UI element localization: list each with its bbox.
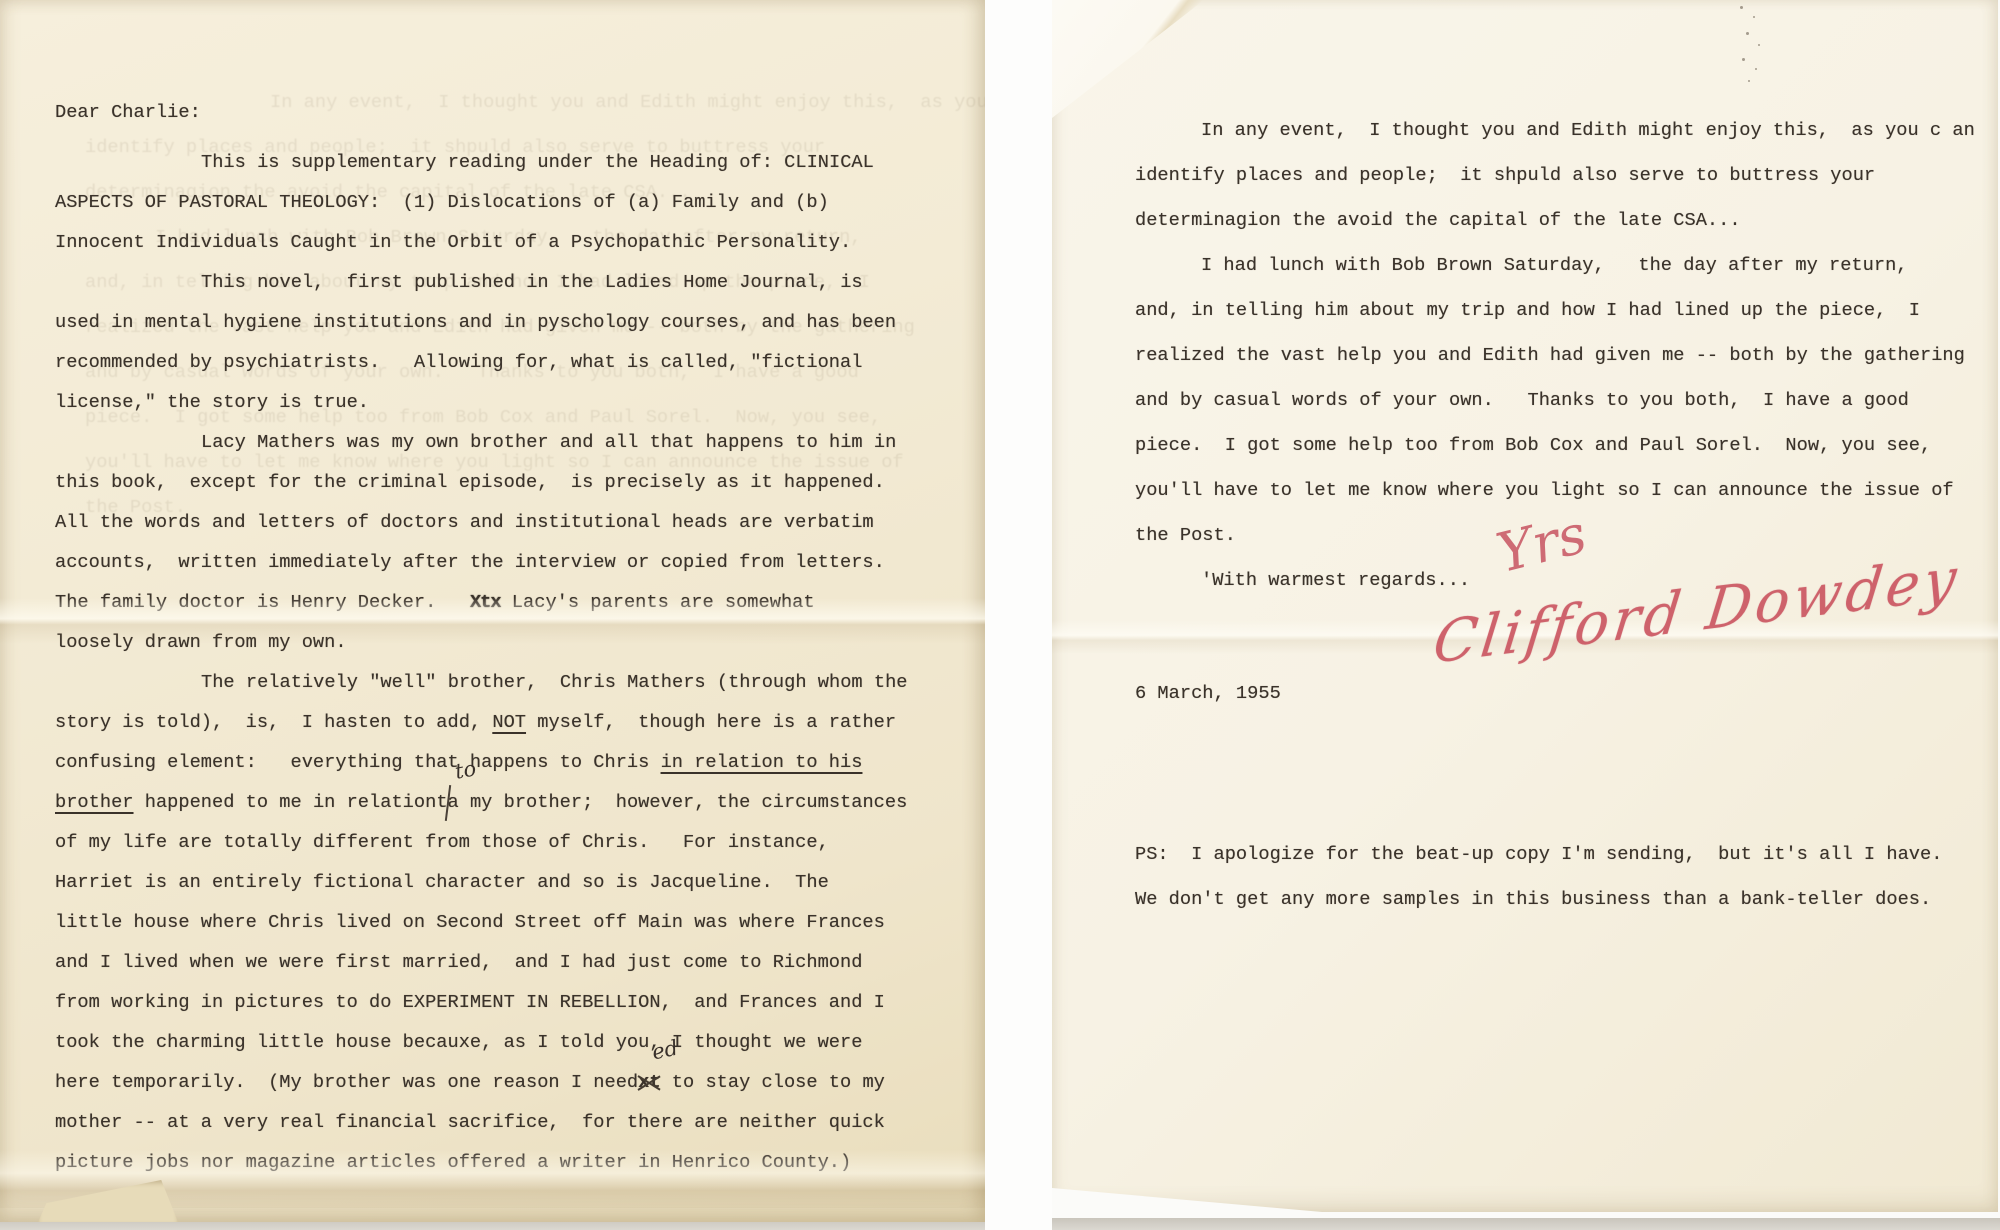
ps-line: We don't get any more samples in this bu… <box>1135 877 1942 922</box>
typed-line: The relatively "well" brother, Chris Mat… <box>55 662 908 702</box>
typed-line: little house where Chris lived on Second… <box>55 902 908 942</box>
typed-line: Lacy Mathers was my own brother and all … <box>55 422 908 462</box>
typed-line: recommended by psychiatrists. Allowing f… <box>55 342 908 382</box>
page-bottom-edge <box>1052 1188 1322 1212</box>
letter-scan: In any event, I thought you and Edith mi… <box>0 0 2000 1230</box>
date-line: 6 March, 1955 <box>1135 671 1281 716</box>
typed-line: from working in pictures to do EXPERIMEN… <box>55 982 908 1022</box>
typed-line: In any event, I thought you and Edith mi… <box>1135 108 1975 153</box>
handwritten-correction-to: to <box>453 756 478 783</box>
typed-line: identify places and people; it shpuld al… <box>1135 153 1975 198</box>
typed-line: mother -- at a very real financial sacri… <box>55 1102 908 1142</box>
typed-line: this book, except for the criminal episo… <box>55 462 908 502</box>
ink-dot <box>1748 80 1750 82</box>
ink-dot <box>1753 16 1755 18</box>
typed-line: picture jobs nor magazine articles offer… <box>55 1142 908 1182</box>
typed-line: realized the vast help you and Edith had… <box>1135 333 1975 378</box>
typed-line: used in mental hygiene institutions and … <box>55 302 908 342</box>
bleedthrough-line: In any event, I thought you and Edith mi… <box>270 80 985 125</box>
typed-line: The family doctor is Henry Decker. Xtx L… <box>55 582 908 622</box>
typed-line: license," the story is true. <box>55 382 908 422</box>
typed-line: determinagion the avoid the capital of t… <box>1135 198 1975 243</box>
salutation: Dear Charlie: <box>55 92 201 132</box>
typed-line: This novel, first published in the Ladie… <box>55 262 908 302</box>
typed-line: and by casual words of your own. Thanks … <box>1135 378 1975 423</box>
postscript: PS: I apologize for the beat-up copy I'm… <box>1135 832 1942 922</box>
typed-line: loosely drawn from my own. <box>55 622 908 662</box>
typed-line: and I lived when we were first married, … <box>55 942 908 982</box>
typed-line: accounts, written immediately after the … <box>55 542 908 582</box>
ink-dot <box>1740 6 1743 9</box>
typed-line: you'll have to let me know where you lig… <box>1135 468 1975 513</box>
corner-fold <box>38 1180 178 1222</box>
ink-dot <box>1746 32 1749 35</box>
typed-line: of my life are totally different from th… <box>55 822 908 862</box>
typed-line: Innocent Individuals Caught in the Orbit… <box>55 222 908 262</box>
typed-line: and, in telling him about my trip and ho… <box>1135 288 1975 333</box>
ink-dot <box>1755 68 1757 70</box>
letter-page-2: In any event, I thought you and Edith mi… <box>1052 0 1998 1212</box>
typed-line: ASPECTS OF PASTORAL THEOLOGY: (1) Disloc… <box>55 182 908 222</box>
letter-page-1: In any event, I thought you and Edith mi… <box>0 0 985 1222</box>
typed-line: piece. I got some help too from Bob Cox … <box>1135 423 1975 468</box>
typed-line: story is told), is, I hasten to add, NOT… <box>55 702 908 742</box>
typed-line: All the words and letters of doctors and… <box>55 502 908 542</box>
page1-body: This is supplementary reading under the … <box>55 142 908 1182</box>
ink-dot <box>1758 44 1760 46</box>
page-gap <box>985 0 1052 1230</box>
typed-line: brother happened to me in relationta my … <box>55 782 908 822</box>
typed-line: This is supplementary reading under the … <box>55 142 908 182</box>
typed-line: Harriet is an entirely fictional charact… <box>55 862 908 902</box>
ink-dot <box>1742 58 1745 61</box>
typed-line: took the charming little house becauxe, … <box>55 1022 908 1062</box>
typed-line: here temporarily. (My brother was one re… <box>55 1062 908 1102</box>
typed-line: I had lunch with Bob Brown Saturday, the… <box>1135 243 1975 288</box>
typed-line: confusing element: everything that happe… <box>55 742 908 782</box>
ps-line: PS: I apologize for the beat-up copy I'm… <box>1135 832 1942 877</box>
corner-fold <box>1052 0 1204 118</box>
